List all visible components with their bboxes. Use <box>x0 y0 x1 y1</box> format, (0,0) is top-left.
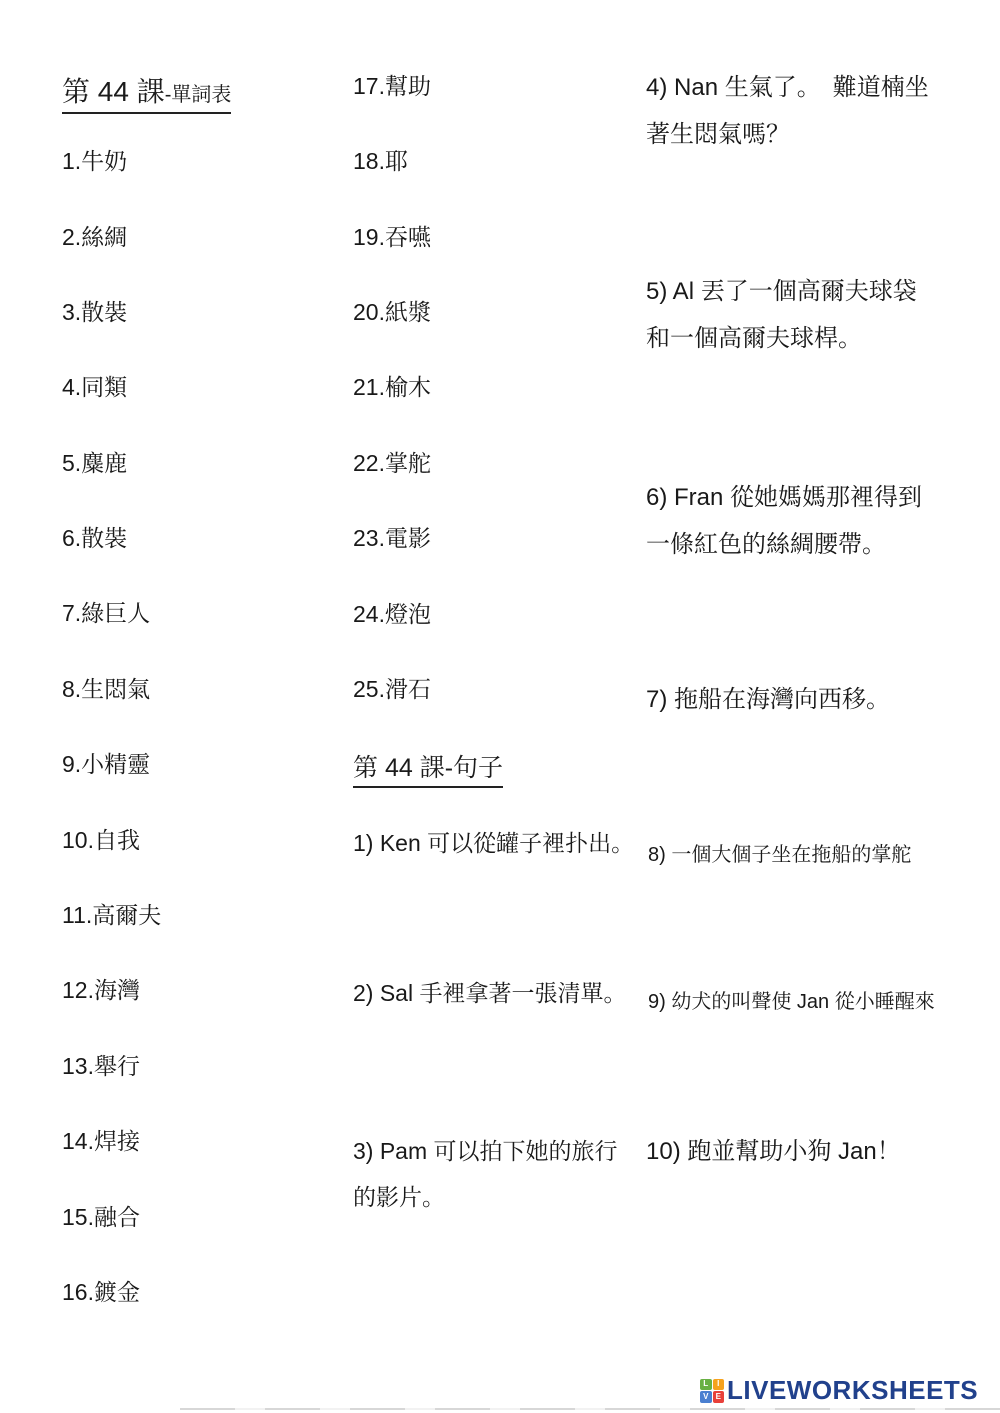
vocab-item-24: 24.燈泡 <box>353 603 431 626</box>
sentence-1: 1) Ken 可以從罐子裡扑出。 <box>353 820 634 866</box>
vocab-item-9: 9.小精靈 <box>62 753 150 776</box>
worksheet-page: 第 44 課-單詞表 1.牛奶 2.絲綢 3.散裝 4.同類 5.麋鹿 6.散裝… <box>0 0 1000 1413</box>
page-edge-artifact <box>180 1408 1000 1410</box>
vocab-item-19: 19.吞嚥 <box>353 226 431 249</box>
sentence-line: 7) 拖船在海灣向西移。 <box>646 676 890 723</box>
vocab-item-10: 10.自我 <box>62 829 140 852</box>
sentence-7: 7) 拖船在海灣向西移。 <box>646 676 890 723</box>
sentence-2: 2) Sal 手裡拿著一張清單。 <box>353 970 626 1016</box>
vocab-header: 第 44 課-單詞表 <box>62 70 231 114</box>
vocab-item-8: 8.生悶氣 <box>62 678 150 701</box>
liveworksheets-logo-icon: L I V E <box>700 1379 724 1403</box>
sentence-line: 8) 一個大個子坐在拖船的掌舵 <box>648 832 911 879</box>
sentence-line: 2) Sal 手裡拿著一張清單。 <box>353 970 626 1016</box>
sentence-line: 3) Pam 可以拍下她的旅行 <box>353 1128 618 1174</box>
sentence-line: 的影片。 <box>353 1174 618 1220</box>
sentence-line: 6) Fran 從她媽媽那裡得到 <box>646 474 922 521</box>
vocab-item-20: 20.紙漿 <box>353 301 431 324</box>
vocab-item-14: 14.焊接 <box>62 1130 140 1153</box>
sentence-line: 一條紅色的絲綢腰帶。 <box>646 521 922 568</box>
vocab-item-15: 15.融合 <box>62 1206 140 1229</box>
sentence-line: 10) 跑並幫助小狗 Jan！ <box>646 1128 901 1175</box>
vocab-item-4: 4.同類 <box>62 376 127 399</box>
vocab-item-13: 13.舉行 <box>62 1055 140 1078</box>
logo-square-i: I <box>713 1379 725 1391</box>
sentences-header: 第 44 課-句子 <box>353 748 503 788</box>
sentence-5: 5) Al 丟了一個高爾夫球袋 和一個高爾夫球桿。 <box>646 268 917 362</box>
vocab-item-6: 6.散裝 <box>62 527 127 550</box>
logo-square-l: L <box>700 1379 712 1391</box>
sentence-line: 1) Ken 可以從罐子裡扑出。 <box>353 820 634 866</box>
sentence-line: 5) Al 丟了一個高爾夫球袋 <box>646 268 917 315</box>
vocab-item-11: 11.高爾夫 <box>62 904 161 927</box>
sentences-header-title: 第 44 課-句子 <box>353 748 503 788</box>
vocab-item-7: 7.綠巨人 <box>62 602 150 625</box>
vocab-item-1: 1.牛奶 <box>62 150 127 173</box>
vocab-header-underline: 第 44 課-單詞表 <box>62 70 231 114</box>
vocab-item-23: 23.電影 <box>353 527 431 550</box>
sentence-9: 9) 幼犬的叫聲使 Jan 從小睡醒來 <box>648 979 935 1026</box>
sentence-line: 著生悶氣嗎？ <box>646 111 929 158</box>
vocab-item-17: 17.幫助 <box>353 75 431 98</box>
logo-square-v: V <box>700 1391 712 1403</box>
sentence-4: 4) Nan 生氣了。 難道楠坐 著生悶氣嗎？ <box>646 64 929 158</box>
sentence-8: 8) 一個大個子坐在拖船的掌舵 <box>648 832 911 879</box>
logo-square-e: E <box>713 1391 725 1403</box>
sentence-6: 6) Fran 從她媽媽那裡得到 一條紅色的絲綢腰帶。 <box>646 474 922 568</box>
liveworksheets-brand-text: LIVEWORKSHEETS <box>727 1375 978 1406</box>
vocab-item-21: 21.榆木 <box>353 376 431 399</box>
vocab-item-3: 3.散裝 <box>62 301 127 324</box>
vocab-item-12: 12.海灣 <box>62 979 140 1002</box>
sentence-line: 4) Nan 生氣了。 難道楠坐 <box>646 64 929 111</box>
sentence-10: 10) 跑並幫助小狗 Jan！ <box>646 1128 901 1175</box>
sentence-line: 9) 幼犬的叫聲使 Jan 從小睡醒來 <box>648 979 935 1026</box>
vocab-item-16: 16.鍍金 <box>62 1281 140 1304</box>
vocab-item-25: 25.滑石 <box>353 678 431 701</box>
vocab-item-2: 2.絲綢 <box>62 226 127 249</box>
sentence-3: 3) Pam 可以拍下她的旅行 的影片。 <box>353 1128 618 1220</box>
vocab-header-subtitle: -單詞表 <box>165 84 232 106</box>
vocab-item-22: 22.掌舵 <box>353 452 431 475</box>
vocab-item-5: 5.麋鹿 <box>62 452 127 475</box>
liveworksheets-logo[interactable]: L I V E LIVEWORKSHEETS <box>700 1375 978 1406</box>
sentence-line: 和一個高爾夫球桿。 <box>646 315 917 362</box>
vocab-item-18: 18.耶 <box>353 150 408 173</box>
vocab-header-title: 第 44 課 <box>62 76 165 107</box>
